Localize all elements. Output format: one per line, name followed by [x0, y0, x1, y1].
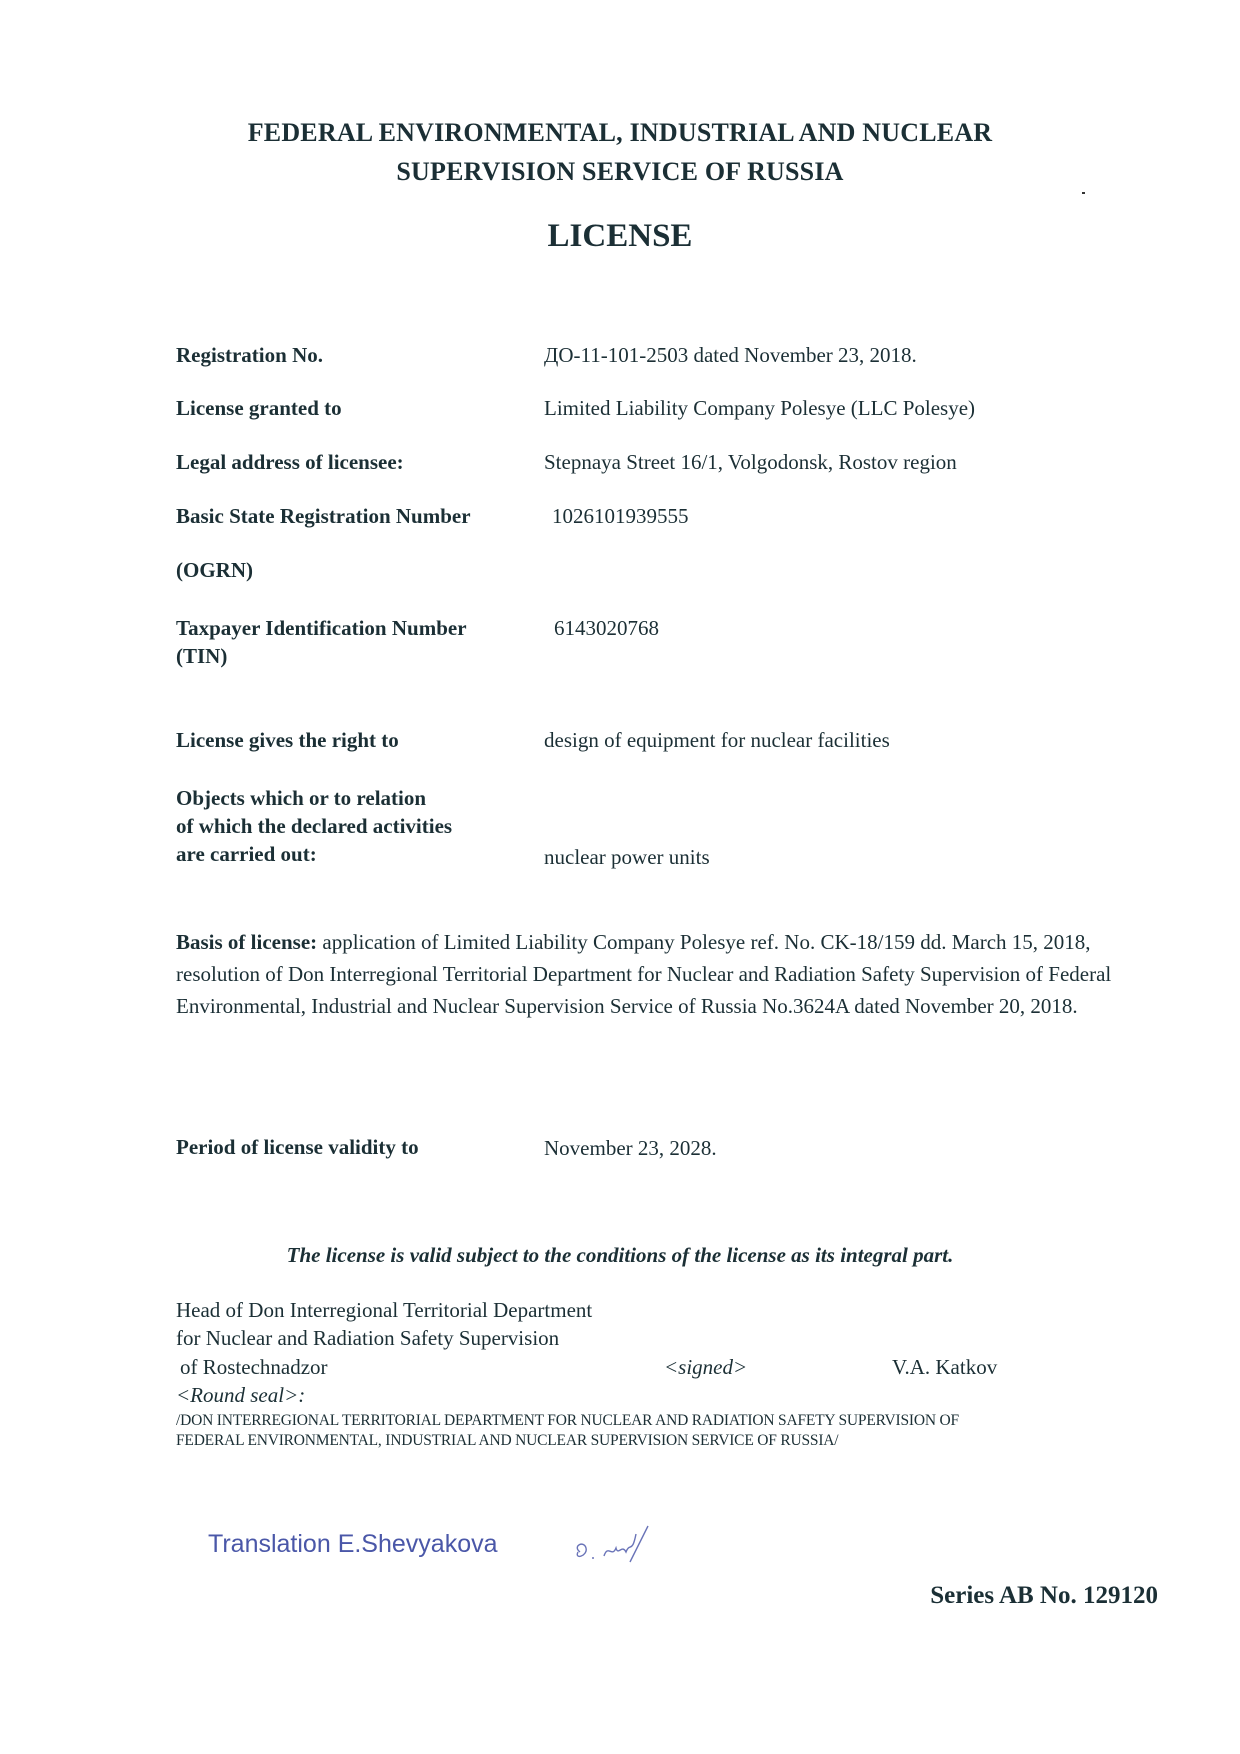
seal-text-line2: FEDERAL ENVIRONMENTAL, INDUSTRIAL AND NU…: [176, 1431, 838, 1451]
granted-to-value: Limited Liability Company Polesye (LLC P…: [544, 394, 975, 422]
tin-label: Taxpayer Identification Number: [176, 614, 467, 642]
ogrn-label-abbr: (OGRN): [176, 556, 253, 584]
registration-label: Registration No.: [176, 341, 323, 369]
basis-text: application of Limited Liability Company…: [176, 930, 1111, 1018]
tin-label-abbr: (TIN): [176, 642, 227, 670]
tin-value: 6143020768: [554, 614, 659, 642]
objects-label-line2: of which the declared activities: [176, 812, 452, 840]
signatory-title-line2: for Nuclear and Radiation Safety Supervi…: [176, 1324, 559, 1352]
agency-name-line2: SUPERVISION SERVICE OF RUSSIA: [0, 157, 1240, 187]
ogrn-label: Basic State Registration Number: [176, 502, 471, 530]
agency-name-line1: FEDERAL ENVIRONMENTAL, INDUSTRIAL AND NU…: [0, 118, 1240, 148]
translator-signature-icon: [570, 1522, 680, 1572]
basis-label: Basis of license:: [176, 930, 317, 954]
validity-label: Period of license validity to: [176, 1133, 419, 1161]
objects-label-line3: are carried out:: [176, 840, 317, 868]
registration-value: ДО-11-101-2503 dated November 23, 2018.: [544, 341, 917, 369]
objects-value: nuclear power units: [544, 843, 710, 871]
signatory-title-line1: Head of Don Interregional Territorial De…: [176, 1296, 592, 1324]
series-number: Series AB No. 129120: [930, 1582, 1158, 1610]
signatory-name: V.A. Katkov: [892, 1353, 997, 1381]
signed-mark: <signed>: [664, 1353, 747, 1381]
conditions-note: The license is valid subject to the cond…: [0, 1243, 1240, 1268]
validity-value: November 23, 2028.: [544, 1134, 717, 1162]
legal-address-value: Stepnaya Street 16/1, Volgodonsk, Rostov…: [544, 448, 957, 476]
ogrn-value: 1026101939555: [552, 502, 689, 530]
right-to-label: License gives the right to: [176, 726, 399, 754]
legal-address-label: Legal address of licensee:: [176, 448, 404, 476]
right-to-value: design of equipment for nuclear faciliti…: [544, 726, 890, 754]
round-seal-label: <Round seal>:: [176, 1381, 305, 1409]
granted-to-label: License granted to: [176, 394, 342, 422]
document-title: LICENSE: [0, 218, 1240, 255]
basis-paragraph: Basis of license: application of Limited…: [176, 926, 1176, 1022]
scan-speck: [1082, 192, 1085, 194]
objects-label-line1: Objects which or to relation: [176, 784, 426, 812]
translator-stamp: Translation E.Shevyakova: [208, 1530, 498, 1559]
seal-text-line1: /DON INTERREGIONAL TERRITORIAL DEPARTMEN…: [176, 1411, 959, 1431]
signatory-title-line3: of Rostechnadzor: [180, 1353, 328, 1381]
